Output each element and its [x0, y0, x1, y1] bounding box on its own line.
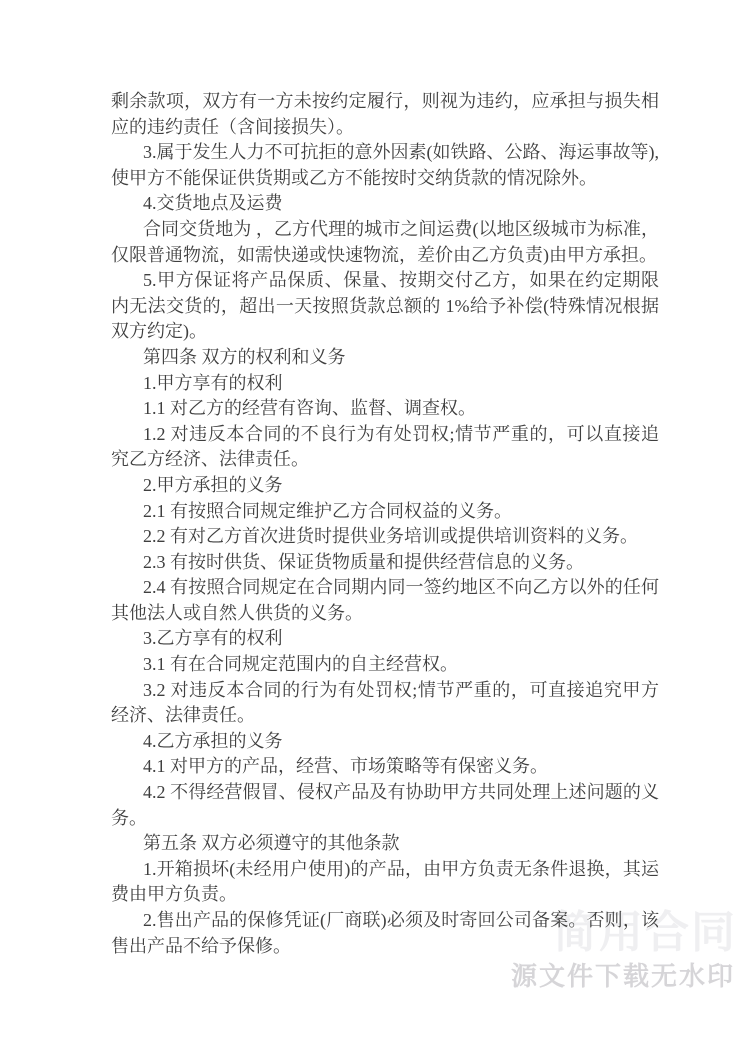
- contract-paragraph: 第五条 双方必须遵守的其他条款: [111, 831, 659, 857]
- contract-paragraph: 合同交货地为 ，乙方代理的城市之间运费(以地区级城市为标准，仅限普通物流，如需快…: [111, 217, 659, 268]
- contract-paragraph: 4.1 对甲方的产品，经营、市场策略等有保密义务。: [111, 754, 659, 780]
- contract-paragraph: 1.2 对违反本合同的不良行为有处罚权;情节严重的，可以直接追究乙方经济、法律责…: [111, 422, 659, 473]
- contract-paragraph: 1.1 对乙方的经营有咨询、监督、调查权。: [111, 396, 659, 422]
- watermark-subtitle: 源文件下载无水印: [511, 963, 735, 990]
- contract-paragraph: 1.甲方享有的权利: [111, 371, 659, 397]
- contract-paragraph: 第四条 双方的权利和义务: [111, 345, 659, 371]
- contract-paragraph: 剩余款项，双方有一方未按约定履行，则视为违约，应承担与损失相应的违约责任（含间接…: [111, 89, 659, 140]
- contract-paragraph: 3.属于发生人力不可抗拒的意外因素(如铁路、公路、海运事故等),使甲方不能保证供…: [111, 140, 659, 191]
- contract-paragraph: 2.4 有按照合同规定在合同期内同一签约地区不向乙方以外的任何其他法人或自然人供…: [111, 575, 659, 626]
- contract-paragraph: 4.交货地点及运费: [111, 191, 659, 217]
- contract-paragraph: 3.乙方享有的权利: [111, 626, 659, 652]
- contract-paragraph: 2.甲方承担的义务: [111, 473, 659, 499]
- contract-paragraph: 2.3 有按时供货、保证货物质量和提供经营信息的义务。: [111, 550, 659, 576]
- contract-paragraph: 2.售出产品的保修凭证(厂商联)必须及时寄回公司备案。否则，该售出产品不给予保修…: [111, 908, 659, 959]
- contract-paragraph: 4.2 不得经营假冒、侵权产品及有协助甲方共同处理上述问题的义务。: [111, 780, 659, 831]
- contract-paragraph: 3.1 有在合同规定范围内的自主经营权。: [111, 652, 659, 678]
- contract-paragraph: 2.1 有按照合同规定维护乙方合同权益的义务。: [111, 499, 659, 525]
- contract-paragraph: 3.2 对违反本合同的行为有处罚权;情节严重的，可直接追究甲方经济、法律责任。: [111, 678, 659, 729]
- contract-page: 简用合同 源文件下载无水印 剩余款项，双方有一方未按约定履行，则视为违约，应承担…: [0, 0, 742, 1049]
- contract-paragraph: 4.乙方承担的义务: [111, 729, 659, 755]
- contract-paragraph: 5.甲方保证将产品保质、保量、按期交付乙方，如果在约定期限内无法交货的，超出一天…: [111, 268, 659, 345]
- contract-body: 剩余款项，双方有一方未按约定履行，则视为违约，应承担与损失相应的违约责任（含间接…: [111, 89, 659, 959]
- contract-paragraph: 1.开箱损坏(未经用户使用)的产品，由甲方负责无条件退换，其运费由甲方负责。: [111, 857, 659, 908]
- contract-paragraph: 2.2 有对乙方首次进货时提供业务培训或提供培训资料的义务。: [111, 524, 659, 550]
